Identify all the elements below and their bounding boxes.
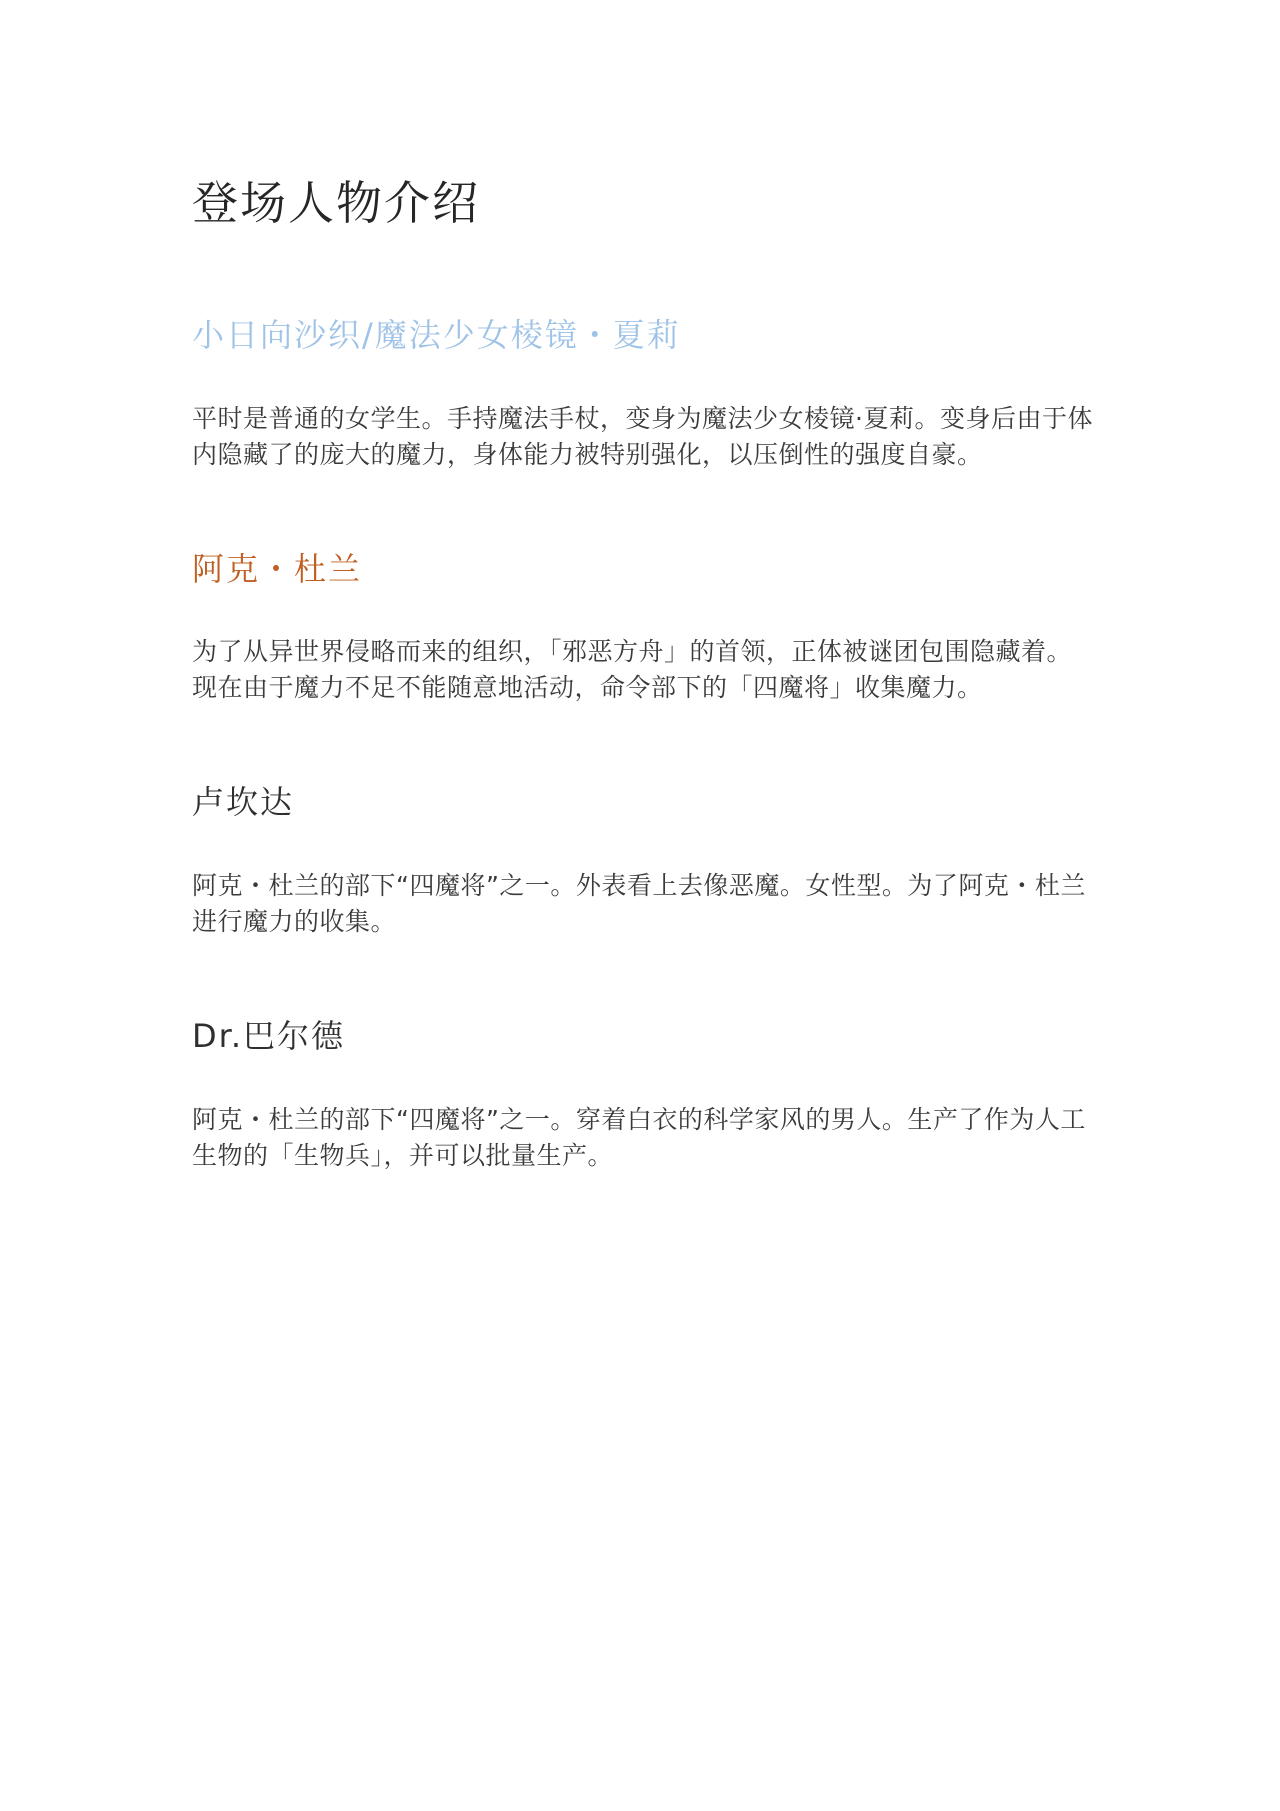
character-section-ark-duran: 阿克・杜兰 为了从异世界侵略而来的组织，「邪恶方舟」的首领，正体被谜团包围隐藏着… <box>192 549 1095 707</box>
character-heading-ark-duran: 阿克・杜兰 <box>192 549 1095 591</box>
character-description-ark-duran: 为了从异世界侵略而来的组织，「邪恶方舟」的首领，正体被谜团包围隐藏着。现在由于魔… <box>192 634 1095 706</box>
character-heading-kohinata-saori: 小日向沙织/魔法少女棱镜・夏莉 <box>192 315 1095 357</box>
character-section-lucanda: 卢坎达 阿克・杜兰的部下“四魔将”之一。外表看上去像恶魔。女性型。为了阿克・杜兰… <box>192 782 1095 940</box>
character-description-dr-bald: 阿克・杜兰的部下“四魔将”之一。穿着白衣的科学家风的男人。生产了作为人工生物的「… <box>192 1102 1095 1174</box>
character-heading-lucanda: 卢坎达 <box>192 782 1095 824</box>
character-description-lucanda: 阿克・杜兰的部下“四魔将”之一。外表看上去像恶魔。女性型。为了阿克・杜兰进行魔力… <box>192 868 1095 940</box>
character-heading-dr-bald: Dr.巴尔德 <box>192 1016 1095 1058</box>
character-description-kohinata-saori: 平时是普通的女学生。手持魔法手杖，变身为魔法少女棱镜·夏莉。变身后由于体内隐藏了… <box>192 401 1095 473</box>
document-page: 登场人物介绍 小日向沙织/魔法少女棱镜・夏莉 平时是普通的女学生。手持魔法手杖，… <box>0 0 1280 1811</box>
page-title: 登场人物介绍 <box>192 176 1095 231</box>
character-section-dr-bald: Dr.巴尔德 阿克・杜兰的部下“四魔将”之一。穿着白衣的科学家风的男人。生产了作… <box>192 1016 1095 1174</box>
character-section-kohinata: 小日向沙织/魔法少女棱镜・夏莉 平时是普通的女学生。手持魔法手杖，变身为魔法少女… <box>192 315 1095 473</box>
